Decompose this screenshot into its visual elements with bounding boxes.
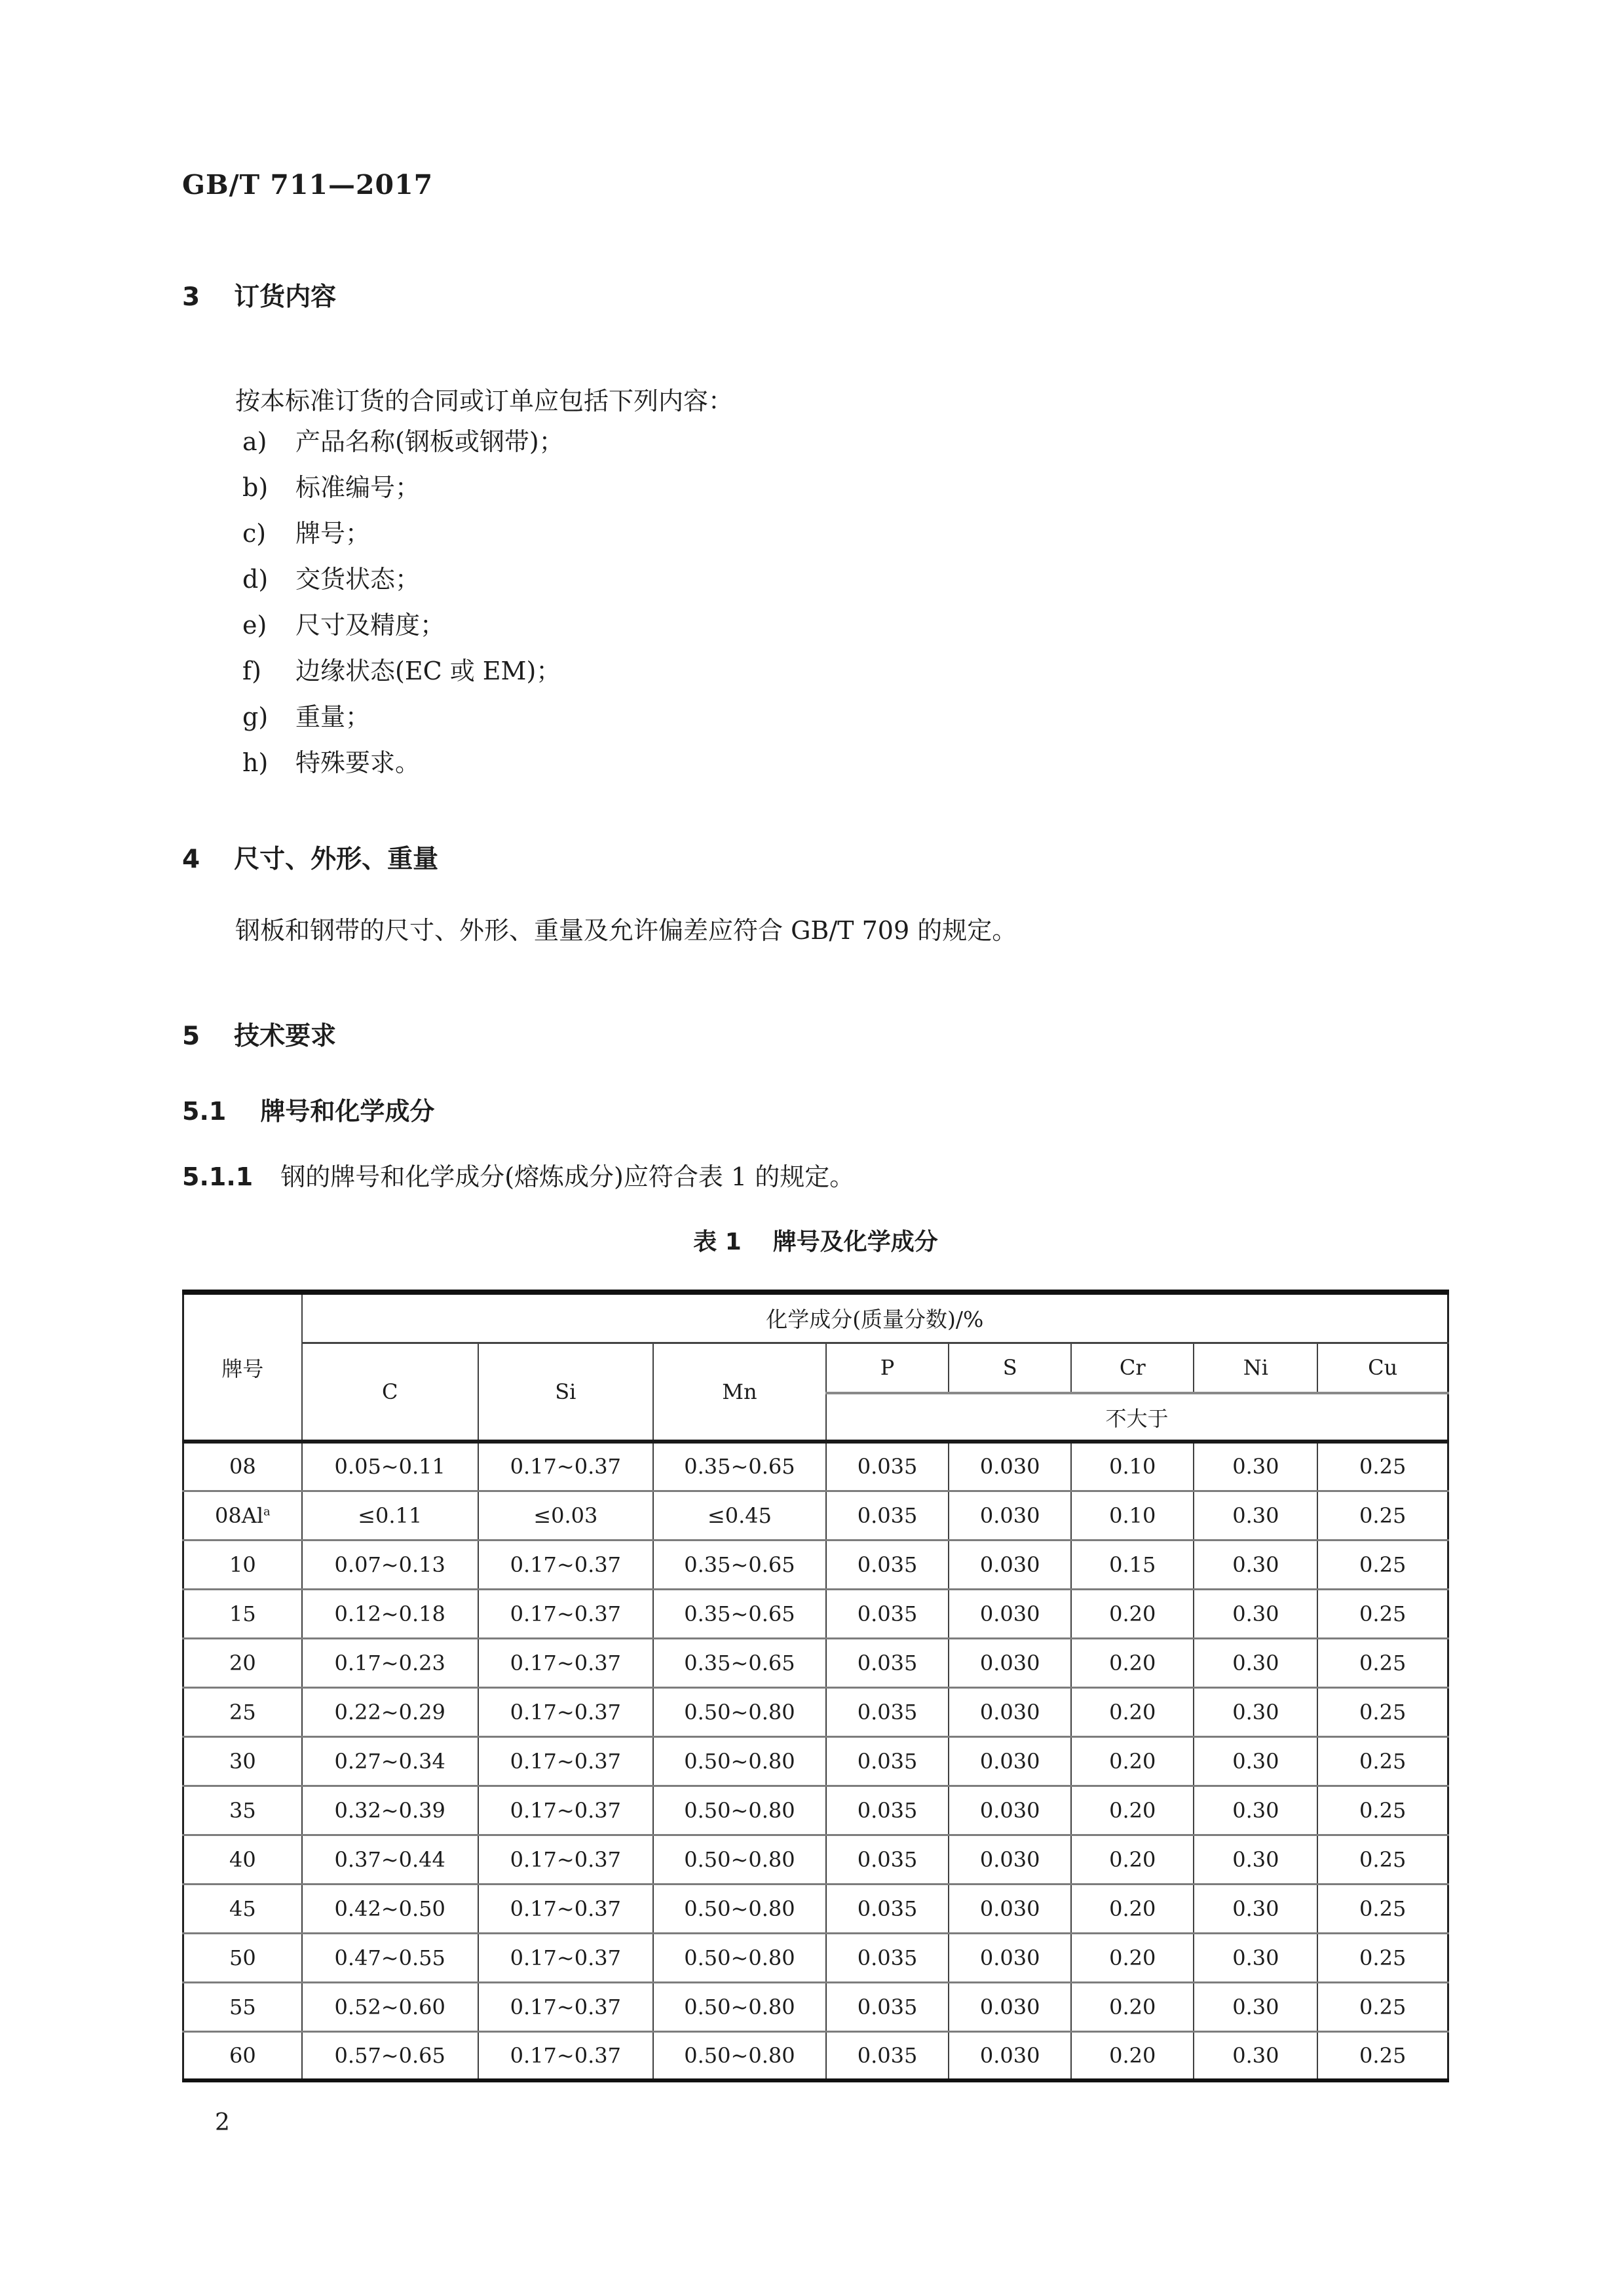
cell-value: 0.50~0.80 [653, 1982, 826, 2031]
cell-value: 0.17~0.37 [478, 1638, 653, 1687]
order-list-item-label: e) [242, 602, 295, 648]
cell-value: 0.20 [1071, 1884, 1194, 1933]
table-row-grade-08Al: 08Ala≤0.11≤0.03≤0.450.0350.0300.100.300.… [183, 1491, 1448, 1540]
col-header-s: S [949, 1343, 1071, 1393]
clause-5-1-1-text: 钢的牌号和化学成分(熔炼成分)应符合表 1 的规定。 [280, 1162, 854, 1191]
section-3-title: 订货内容 [234, 282, 336, 312]
cell-value: 0.25 [1317, 1589, 1448, 1638]
cell-value: 0.30 [1194, 1786, 1317, 1835]
order-list-item-label: h) [242, 740, 295, 786]
cell-value: 0.30 [1194, 1933, 1317, 1982]
cell-value: 0.35~0.65 [653, 1638, 826, 1687]
cell-value: 0.30 [1194, 1835, 1317, 1884]
cell-value: 0.17~0.37 [478, 1884, 653, 1933]
cell-value: 0.50~0.80 [653, 1835, 826, 1884]
cell-value: 0.30 [1194, 1442, 1317, 1491]
cell-value: 0.25 [1317, 1442, 1448, 1491]
order-list-item: g)重量； [182, 694, 1449, 740]
cell-value: 0.17~0.37 [478, 1736, 653, 1786]
section-3-heading: 3订货内容 [182, 282, 1449, 313]
col-header-c: C [302, 1343, 478, 1442]
cell-value: 0.035 [826, 1982, 949, 2031]
cell-value: 0.030 [949, 1491, 1071, 1540]
cell-value: 0.20 [1071, 1786, 1194, 1835]
cell-value: 0.42~0.50 [302, 1884, 478, 1933]
order-list-item: h)特殊要求。 [182, 740, 1449, 786]
cell-value: 0.32~0.39 [302, 1786, 478, 1835]
col-header-si: Si [478, 1343, 653, 1442]
cell-value: 0.25 [1317, 1786, 1448, 1835]
cell-value: 0.30 [1194, 1589, 1317, 1638]
table-1-caption-label: 表 1 [693, 1229, 742, 1255]
order-list-item-text: 边缘状态(EC 或 EM)； [295, 657, 561, 685]
page-content: GB/T 711—2017 3订货内容 按本标准订货的合同或订单应包括下列内容：… [182, 0, 1449, 2137]
cell-value: 0.20 [1071, 1687, 1194, 1736]
cell-value: 0.17~0.37 [478, 1687, 653, 1736]
cell-value: 0.50~0.80 [653, 1736, 826, 1786]
table-row-grade-10: 100.07~0.130.17~0.370.35~0.650.0350.0300… [183, 1540, 1448, 1589]
cell-value: 0.030 [949, 1638, 1071, 1687]
cell-value: 0.25 [1317, 1933, 1448, 1982]
cell-value: ≤0.11 [302, 1491, 478, 1540]
table-1-caption: 表 1牌号及化学成分 [182, 1228, 1449, 1257]
order-list-item-label: c) [242, 510, 295, 556]
cell-value: 0.17~0.37 [478, 1933, 653, 1982]
section-3-number: 3 [182, 282, 200, 313]
table-1-caption-title: 牌号及化学成分 [773, 1229, 938, 1255]
cell-value: 0.030 [949, 1786, 1071, 1835]
cell-grade: 60 [183, 2031, 302, 2080]
table-row-grade-30: 300.27~0.340.17~0.370.50~0.800.0350.0300… [183, 1736, 1448, 1786]
section-5-title: 技术要求 [234, 1022, 336, 1051]
cell-value: 0.20 [1071, 1589, 1194, 1638]
table-row-grade-45: 450.42~0.500.17~0.370.50~0.800.0350.0300… [183, 1884, 1448, 1933]
order-list-item-text: 牌号； [295, 519, 370, 548]
order-list-item-label: f) [242, 648, 295, 694]
cell-value: 0.25 [1317, 1638, 1448, 1687]
col-header-composition: 化学成分(质量分数)/% [302, 1292, 1448, 1343]
cell-value: 0.35~0.65 [653, 1589, 826, 1638]
cell-value: 0.30 [1194, 1884, 1317, 1933]
cell-value: 0.50~0.80 [653, 2031, 826, 2080]
cell-value: 0.10 [1071, 1442, 1194, 1491]
cell-value: 0.035 [826, 2031, 949, 2080]
order-list-item-label: g) [242, 694, 295, 740]
section-5-number: 5 [182, 1021, 200, 1052]
cell-value: 0.17~0.37 [478, 1835, 653, 1884]
cell-value: 0.030 [949, 1687, 1071, 1736]
table-row-grade-25: 250.22~0.290.17~0.370.50~0.800.0350.0300… [183, 1687, 1448, 1736]
col-header-grade: 牌号 [183, 1292, 302, 1442]
table-row-grade-20: 200.17~0.230.17~0.370.35~0.650.0350.0300… [183, 1638, 1448, 1687]
table-row-grade-55: 550.52~0.600.17~0.370.50~0.800.0350.0300… [183, 1982, 1448, 2031]
cell-grade: 08Ala [183, 1491, 302, 1540]
order-list-item-text: 特殊要求。 [295, 748, 420, 777]
cell-grade: 15 [183, 1589, 302, 1638]
cell-value: 0.20 [1071, 1933, 1194, 1982]
cell-value: 0.17~0.37 [478, 1982, 653, 2031]
cell-value: 0.35~0.65 [653, 1540, 826, 1589]
cell-value: 0.30 [1194, 2031, 1317, 2080]
cell-value: 0.12~0.18 [302, 1589, 478, 1638]
cell-grade: 25 [183, 1687, 302, 1736]
cell-value: 0.30 [1194, 1491, 1317, 1540]
cell-value: 0.05~0.11 [302, 1442, 478, 1491]
order-list-item-label: d) [242, 556, 295, 602]
table-row-grade-15: 150.12~0.180.17~0.370.35~0.650.0350.0300… [183, 1589, 1448, 1638]
order-list-item: c)牌号； [182, 510, 1449, 556]
cell-value: 0.30 [1194, 1540, 1317, 1589]
cell-value: 0.35~0.65 [653, 1442, 826, 1491]
cell-grade: 45 [183, 1884, 302, 1933]
cell-value: 0.25 [1317, 1982, 1448, 2031]
cell-value: 0.20 [1071, 2031, 1194, 2080]
cell-value: 0.17~0.37 [478, 1786, 653, 1835]
order-list-item: f)边缘状态(EC 或 EM)； [182, 648, 1449, 694]
col-header-ni: Ni [1194, 1343, 1317, 1393]
cell-value: 0.035 [826, 1540, 949, 1589]
section-5-1-number: 5.1 [182, 1096, 226, 1127]
cell-value: 0.47~0.55 [302, 1933, 478, 1982]
table-row-grade-50: 500.47~0.550.17~0.370.50~0.800.0350.0300… [183, 1933, 1448, 1982]
section-5-1-heading: 5.1牌号和化学成分 [182, 1096, 1449, 1127]
col-header-mn: Mn [653, 1343, 826, 1442]
order-list-item: a)产品名称(钢板或钢带)； [182, 419, 1449, 465]
cell-value: 0.030 [949, 1589, 1071, 1638]
cell-value: 0.17~0.37 [478, 1442, 653, 1491]
cell-value: 0.030 [949, 1540, 1071, 1589]
cell-value: 0.030 [949, 2031, 1071, 2080]
section-3-intro: 按本标准订货的合同或订单应包括下列内容： [182, 385, 1449, 417]
cell-value: 0.17~0.37 [478, 1540, 653, 1589]
cell-value: 0.035 [826, 1638, 949, 1687]
cell-grade: 30 [183, 1736, 302, 1786]
cell-grade: 08 [183, 1442, 302, 1491]
cell-value: 0.17~0.23 [302, 1638, 478, 1687]
section-4-title: 尺寸、外形、重量 [234, 845, 438, 874]
table-row-grade-40: 400.37~0.440.17~0.370.50~0.800.0350.0300… [183, 1835, 1448, 1884]
cell-value: 0.57~0.65 [302, 2031, 478, 2080]
cell-value: ≤0.45 [653, 1491, 826, 1540]
section-4-body: 钢板和钢带的尺寸、外形、重量及允许偏差应符合 GB/T 709 的规定。 [182, 915, 1449, 946]
table-row-grade-35: 350.32~0.390.17~0.370.50~0.800.0350.0300… [183, 1786, 1448, 1835]
cell-value: 0.17~0.37 [478, 1589, 653, 1638]
cell-value: 0.035 [826, 1933, 949, 1982]
clause-5-1-1: 5.1.1钢的牌号和化学成分(熔炼成分)应符合表 1 的规定。 [182, 1161, 1449, 1193]
cell-value: 0.25 [1317, 1736, 1448, 1786]
cell-value: 0.17~0.37 [478, 2031, 653, 2080]
page-number: 2 [182, 2109, 1449, 2137]
cell-value: 0.22~0.29 [302, 1687, 478, 1736]
order-list-item: b)标准编号； [182, 465, 1449, 510]
cell-value: 0.20 [1071, 1835, 1194, 1884]
cell-value: 0.50~0.80 [653, 1884, 826, 1933]
cell-value: 0.035 [826, 1589, 949, 1638]
cell-value: 0.030 [949, 1736, 1071, 1786]
cell-value: 0.035 [826, 1442, 949, 1491]
order-list-item-text: 尺寸及精度； [295, 611, 445, 640]
cell-grade: 20 [183, 1638, 302, 1687]
cell-value: 0.25 [1317, 1491, 1448, 1540]
order-list-item-label: a) [242, 419, 295, 465]
col-header-p: P [826, 1343, 949, 1393]
table-row-grade-60: 600.57~0.650.17~0.370.50~0.800.0350.0300… [183, 2031, 1448, 2080]
table-1-chemical-composition: 牌号 化学成分(质量分数)/% C Si Mn P S Cr Ni Cu 不大于… [182, 1290, 1449, 2082]
order-list-item: d)交货状态； [182, 556, 1449, 602]
clause-5-1-1-number: 5.1.1 [182, 1161, 253, 1193]
footnote-marker: a [263, 1505, 271, 1518]
cell-value: 0.30 [1194, 1638, 1317, 1687]
cell-value: 0.37~0.44 [302, 1835, 478, 1884]
cell-value: 0.030 [949, 1982, 1071, 2031]
section-4-number: 4 [182, 844, 200, 875]
cell-grade: 10 [183, 1540, 302, 1589]
cell-value: 0.15 [1071, 1540, 1194, 1589]
cell-value: 0.25 [1317, 1687, 1448, 1736]
col-header-cr: Cr [1071, 1343, 1194, 1393]
cell-value: 0.20 [1071, 1638, 1194, 1687]
limit-label-not-greater-than: 不大于 [826, 1393, 1448, 1442]
cell-value: 0.20 [1071, 1736, 1194, 1786]
order-list-item: e)尺寸及精度； [182, 602, 1449, 648]
order-list-item-label: b) [242, 465, 295, 510]
cell-value: 0.25 [1317, 1884, 1448, 1933]
cell-value: 0.25 [1317, 2031, 1448, 2080]
cell-value: 0.035 [826, 1786, 949, 1835]
cell-value: 0.25 [1317, 1540, 1448, 1589]
table-row-grade-08: 080.05~0.110.17~0.370.35~0.650.0350.0300… [183, 1442, 1448, 1491]
cell-value: 0.30 [1194, 1982, 1317, 2031]
cell-value: 0.07~0.13 [302, 1540, 478, 1589]
cell-value: 0.27~0.34 [302, 1736, 478, 1786]
section-5-1-title: 牌号和化学成分 [260, 1097, 434, 1126]
cell-value: 0.10 [1071, 1491, 1194, 1540]
section-5-heading: 5技术要求 [182, 1021, 1449, 1052]
cell-value: 0.50~0.80 [653, 1786, 826, 1835]
cell-grade: 35 [183, 1786, 302, 1835]
cell-value: 0.50~0.80 [653, 1687, 826, 1736]
cell-value: 0.25 [1317, 1835, 1448, 1884]
order-list-item-text: 产品名称(钢板或钢带)； [295, 427, 564, 456]
cell-value: 0.030 [949, 1442, 1071, 1491]
document-page: GB/T 711—2017 3订货内容 按本标准订货的合同或订单应包括下列内容：… [0, 0, 1624, 2296]
cell-value: ≤0.03 [478, 1491, 653, 1540]
cell-value: 0.030 [949, 1835, 1071, 1884]
order-list-item-text: 重量； [295, 702, 370, 731]
cell-value: 0.30 [1194, 1736, 1317, 1786]
cell-value: 0.20 [1071, 1982, 1194, 2031]
cell-value: 0.035 [826, 1835, 949, 1884]
order-list-item-text: 标准编号； [295, 473, 420, 502]
cell-value: 0.035 [826, 1884, 949, 1933]
section-4-heading: 4尺寸、外形、重量 [182, 844, 1449, 875]
cell-value: 0.035 [826, 1736, 949, 1786]
cell-grade: 55 [183, 1982, 302, 2031]
cell-value: 0.035 [826, 1687, 949, 1736]
cell-value: 0.030 [949, 1884, 1071, 1933]
order-items-list: a)产品名称(钢板或钢带)；b)标准编号；c)牌号；d)交货状态；e)尺寸及精度… [182, 419, 1449, 786]
cell-value: 0.030 [949, 1933, 1071, 1982]
cell-grade: 40 [183, 1835, 302, 1884]
col-header-cu: Cu [1317, 1343, 1448, 1393]
standard-code: GB/T 711—2017 [182, 0, 1449, 201]
cell-grade: 50 [183, 1933, 302, 1982]
cell-value: 0.52~0.60 [302, 1982, 478, 2031]
cell-value: 0.035 [826, 1491, 949, 1540]
cell-value: 0.50~0.80 [653, 1933, 826, 1982]
order-list-item-text: 交货状态； [295, 565, 420, 594]
cell-value: 0.30 [1194, 1687, 1317, 1736]
